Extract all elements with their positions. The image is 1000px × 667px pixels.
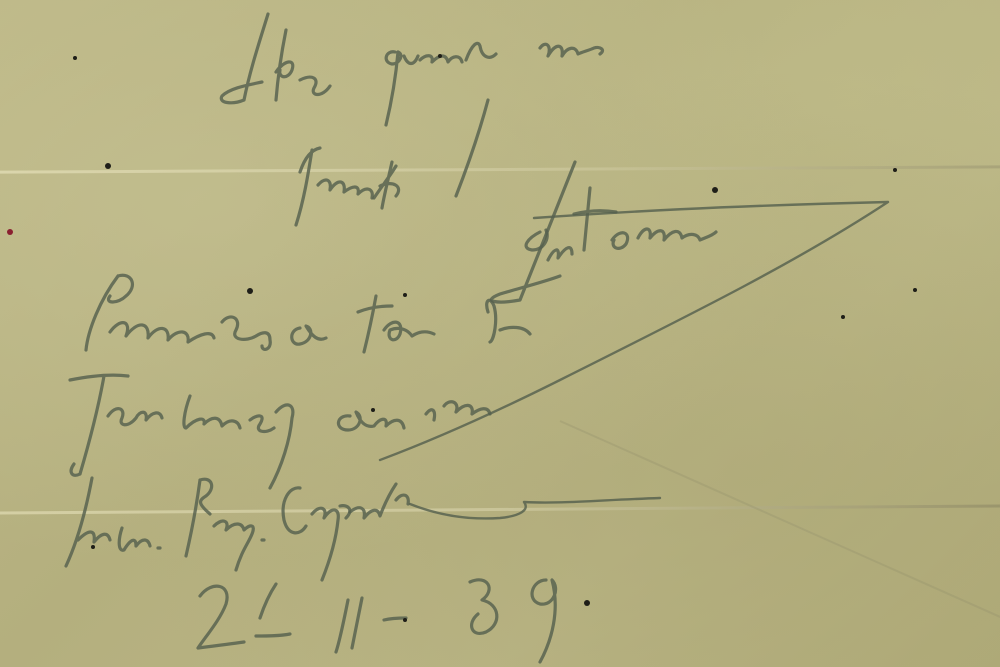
handwriting-signature — [380, 162, 888, 460]
paper-specks — [7, 54, 917, 622]
letter-paper: Adiós queridos míos Vuestro Antonio Recu… — [0, 0, 1000, 667]
handwriting-greetings-2 — [70, 375, 490, 488]
handwriting-valediction — [296, 100, 488, 225]
handwriting-place — [66, 478, 660, 580]
handwriting-strokes — [0, 0, 1000, 667]
handwriting-closing — [221, 14, 602, 125]
handwriting-date — [198, 580, 556, 662]
handwriting-greetings — [86, 275, 530, 352]
